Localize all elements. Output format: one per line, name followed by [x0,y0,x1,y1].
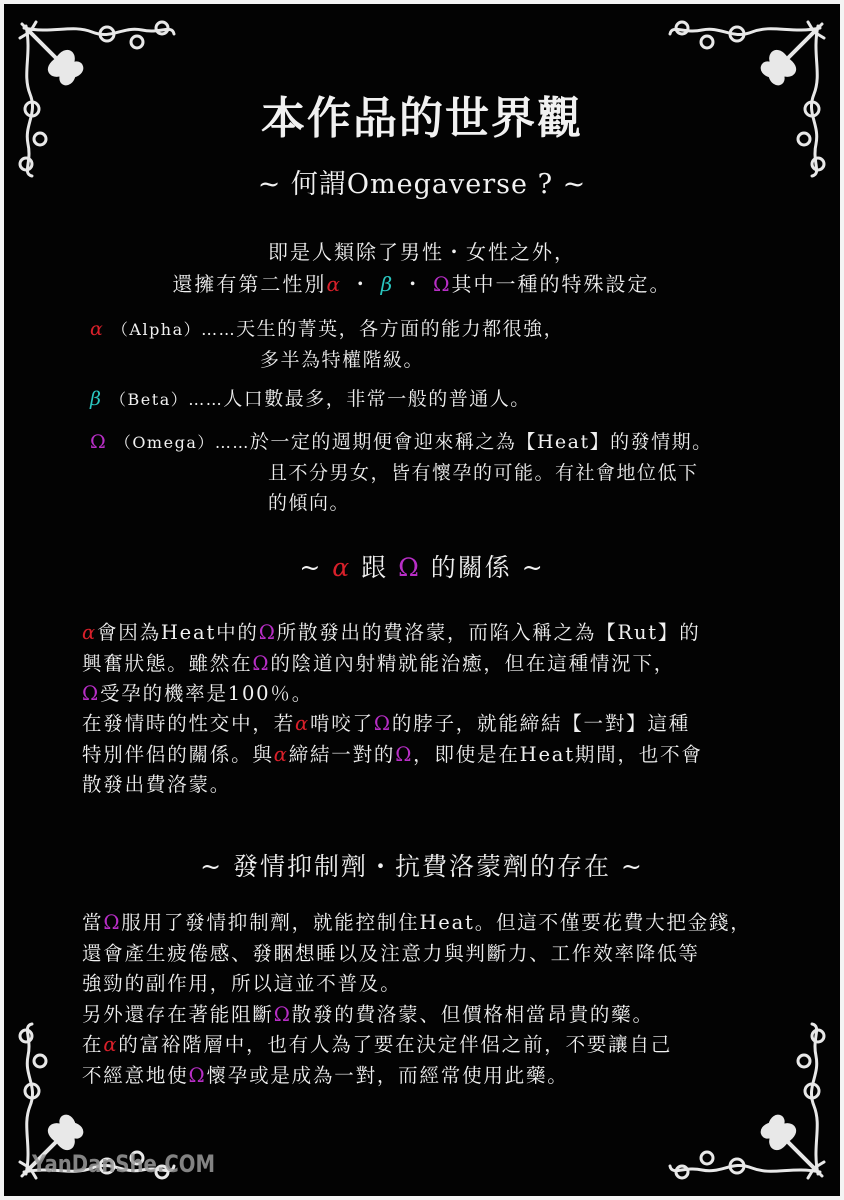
alpha-symbol: α [103,1033,118,1056]
omega-symbol: Ω [274,1003,292,1026]
alpha-symbol: α [90,318,104,340]
text-segment: 在 [82,1033,103,1056]
alpha-symbol: α [326,272,342,296]
heading-segment: ~ [299,553,332,582]
omega-symbol: Ω [374,712,392,735]
text-segment: 特別伴侶的關係。與 [82,743,274,766]
definition-name: （Omega）…… [115,433,250,452]
text-segment: 會因為Heat中的 [97,621,259,644]
intro-text-segment: 還擁有第二性別 [172,272,326,296]
omega-symbol: Ω [252,652,270,675]
omega-symbol: Ω [90,431,107,453]
text-segment: 受孕的機率是100％。 [100,682,313,705]
text-segment: 的脖子，就能締結【一對】這種 [392,712,690,735]
alpha-symbol: α [295,712,310,735]
paragraph-bond: 在發情時的性交中，若α啃咬了Ω的脖子，就能締結【一對】這種 特別伴侶的關係。與α… [82,709,703,801]
section-heading-suppressants: ~ 發情抑制劑・抗費洛蒙劑的存在 ~ [4,847,840,883]
alpha-symbol: α [332,553,351,582]
alpha-symbol: α [82,621,97,644]
omega-symbol: Ω [189,1064,207,1087]
omega-symbol: Ω [395,743,413,766]
page-title: 本作品的世界觀 [4,82,840,146]
intro-text-segment: 其中一種的特殊設定。 [452,272,672,296]
document-page: 本作品的世界觀 ~ 何謂Omegaverse ? ~ 即是人類除了男性・女性之外… [4,4,840,1196]
beta-symbol: β [381,272,395,296]
text-segment: 懷孕或是成為一對，而經常使用此藥。 [206,1064,568,1087]
page-subtitle: ~ 何謂Omegaverse ? ~ [4,162,840,201]
definition-text: 多半為特權階級。 [90,345,564,375]
text-segment: ，即使是在Heat期間，也不會 [413,743,703,766]
omega-symbol: Ω [103,911,121,934]
text-segment: 服用了發情抑制劑，就能控制住Heat。但這不僅要花費大把金錢， [121,911,751,934]
text-segment: 在發情時的性交中，若 [82,712,295,735]
text-segment: 所散發出的費洛蒙，而陷入稱之為【Rut】的 [277,621,701,644]
paragraph-suppressants: 當Ω服用了發情抑制劑，就能控制住Heat。但這不僅要花費大把金錢， 還會產生疲倦… [82,908,752,1091]
intro-text: 即是人類除了男性・女性之外， 還擁有第二性別α ・ β ・ Ω其中一種的特殊設定… [4,236,840,300]
intro-line-1: 即是人類除了男性・女性之外， [4,236,840,268]
definition-text: 天生的菁英，各方面的能力都很強， [236,318,564,340]
heading-segment: 跟 [361,553,388,582]
text-segment: 締結一對的 [289,743,396,766]
omega-symbol: Ω [433,272,452,296]
omega-symbol: Ω [82,682,100,705]
beta-symbol: β [90,388,102,410]
definition-text: 人口數最多，非常一般的普通人。 [223,388,531,410]
text-segment: 啃咬了 [310,712,374,735]
section-heading-relationship: ~ α 跟 Ω 的關係 ~ [4,548,840,584]
text-segment: 散發出費洛蒙。 [82,770,703,801]
separator: ・ [394,272,433,296]
definition-text: 於一定的週期便會迎來稱之為【Heat】的發情期。 [250,431,713,453]
text-segment: 不經意地使 [82,1064,189,1087]
text-segment: 的陰道內射精就能治癒，但在這種情況下， [270,652,675,675]
definition-text: 的傾向。 [90,488,713,518]
omega-symbol: Ω [259,621,277,644]
text-segment: 還會產生疲倦感、發睏想睡以及注意力與判斷力、工作效率降低等 [82,939,752,970]
intro-line-2: 還擁有第二性別α ・ β ・ Ω其中一種的特殊設定。 [4,268,840,300]
separator: ・ [342,272,381,296]
definition-text: 且不分男女，皆有懷孕的可能。有社會地位低下 [90,458,713,488]
definition-name: （Beta）…… [110,390,223,409]
text-segment: 當 [82,911,103,934]
text-segment: 興奮狀態。雖然在 [82,652,252,675]
text-segment: 另外還存在著能阻斷 [82,1003,274,1026]
alpha-symbol: α [274,743,289,766]
text-segment: 強勁的副作用，所以這並不普及。 [82,969,752,1000]
text-segment: 散發的費洛蒙、但價格相當昂貴的藥。 [292,1003,654,1026]
definition-name: （Alpha）…… [112,320,236,339]
definition-alpha: α （Alpha）……天生的菁英，各方面的能力都很強， 多半為特權階級。 [90,314,564,375]
watermark: YanDanShe.COM [32,1150,215,1178]
paragraph-rut: α會因為Heat中的Ω所散發出的費洛蒙，而陷入稱之為【Rut】的 興奮狀態。雖然… [82,618,701,710]
omega-symbol: Ω [398,553,421,582]
heading-segment: 的關係 ~ [431,553,545,582]
definition-beta: β （Beta）……人口數最多，非常一般的普通人。 [90,384,531,415]
definition-omega: Ω （Omega）……於一定的週期便會迎來稱之為【Heat】的發情期。 且不分男… [90,427,713,518]
text-segment: 的富裕階層中，也有人為了要在決定伴侶之前，不要讓自己 [118,1033,672,1056]
